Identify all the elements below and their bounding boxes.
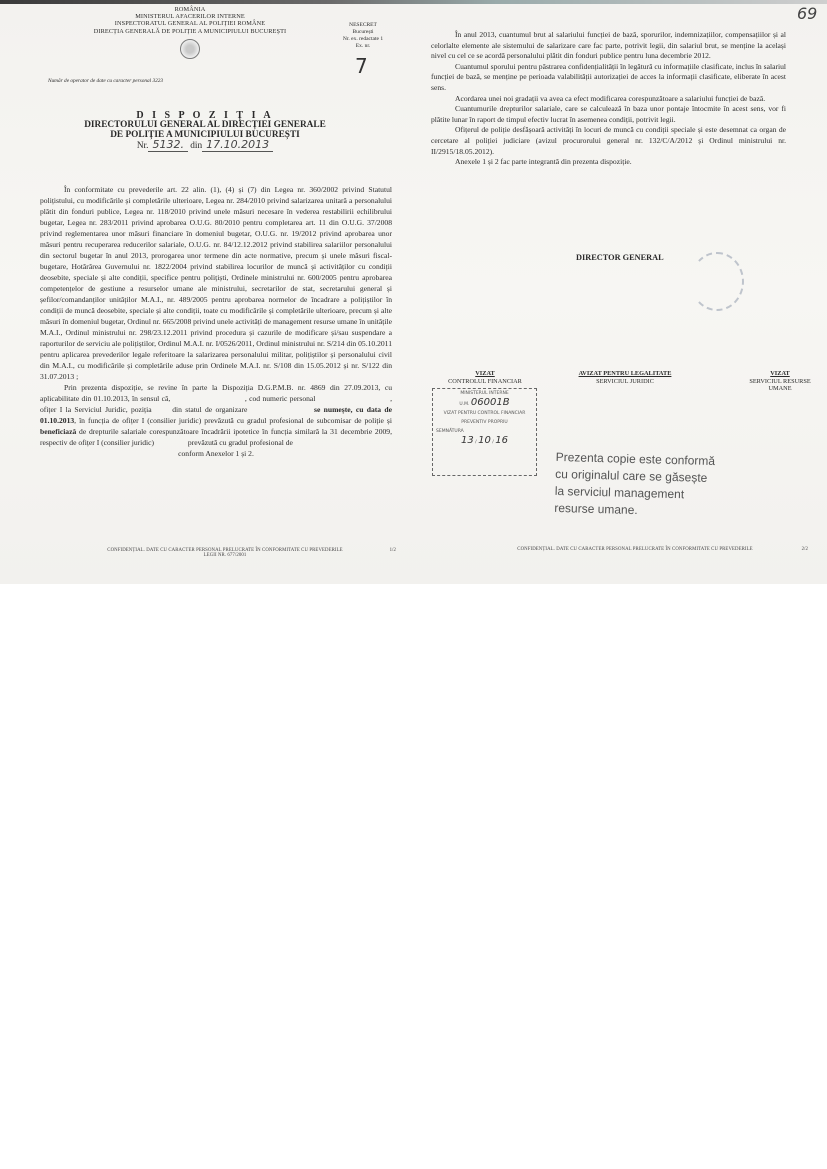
handwritten-page-number: 69 bbox=[797, 4, 817, 23]
document-number: 5132. bbox=[148, 138, 188, 152]
page-1-footer: CONFIDENȚIAL. DATE CU CARACTER PERSONAL … bbox=[60, 548, 390, 558]
document-date: 17.10.2013 bbox=[202, 138, 273, 152]
visa-title: AVIZAT PENTRU LEGALITATE bbox=[565, 370, 685, 378]
visa-department: UMANE bbox=[740, 385, 820, 393]
coat-of-arms-icon bbox=[180, 39, 200, 59]
paragraph: Anexele 1 și 2 fac parte integrantă din … bbox=[431, 157, 786, 168]
legal-visa: AVIZAT PENTRU LEGALITATE SERVICIUL JURID… bbox=[565, 370, 685, 385]
hr-visa: VIZAT SERVICIUL RESURSE UMANE bbox=[740, 370, 820, 393]
official-seal-icon bbox=[690, 252, 744, 311]
director-general-signature: DIRECTOR GENERAL bbox=[576, 253, 664, 262]
classification-block: NESECRET București Nr. ex. redactate 1 E… bbox=[318, 22, 408, 50]
copy-number-label: Ex. nr. bbox=[318, 43, 408, 50]
annex-reference: conform Anexelor 1 și 2. bbox=[40, 448, 392, 459]
text: prevăzută cu gradul profesional de bbox=[188, 438, 293, 447]
paragraph: Cuantumurile drepturilor salariale, care… bbox=[431, 104, 786, 125]
header-line: DIRECȚIA GENERALĂ DE POLIȚIE A MUNICIPIU… bbox=[40, 28, 340, 35]
stamp-unit-label: U.M. bbox=[459, 402, 469, 407]
header-line: INSPECTORATUL GENERAL AL POLIȚIEI ROMÂNE bbox=[40, 20, 340, 27]
visa-title: VIZAT bbox=[430, 370, 540, 378]
text: , cod numeric personal bbox=[245, 394, 315, 403]
visa-department: SERVICIUL JURIDIC bbox=[565, 378, 685, 386]
stamp-line: PREVENTIV PROPRIU bbox=[433, 418, 536, 427]
stamp-month: 10 bbox=[478, 435, 491, 446]
handwritten-copy-number: 7 bbox=[355, 54, 368, 78]
document-title: D I S P O Z I Ț I A DIRECTORULUI GENERAL… bbox=[0, 111, 410, 152]
city: București bbox=[318, 29, 408, 36]
paragraph: În anul 2013, cuantumul brut al salariul… bbox=[431, 30, 786, 62]
paragraph: Acordarea unei noi gradații va avea ca e… bbox=[431, 94, 786, 105]
nr-label: Nr. bbox=[137, 141, 149, 151]
financial-control-visa: VIZAT CONTROLUL FINANCIAR bbox=[430, 370, 540, 385]
law-reference: LEGII NR. 677/2001 bbox=[60, 553, 390, 558]
operator-number: Număr de operator de date cu caracter pe… bbox=[48, 78, 163, 84]
stamp-unit: U.M. 06001B bbox=[433, 398, 536, 409]
text: prevăzută cu gradul profesional de subco… bbox=[204, 416, 392, 425]
din-label: din bbox=[190, 141, 202, 151]
stamp-line: VIZAT PENTRU CONTROL FINANCIAR bbox=[433, 409, 536, 418]
conformity-stamp: Prezenta copie este conformă cu original… bbox=[554, 449, 715, 521]
visa-department: SERVICIUL RESURSE bbox=[740, 378, 820, 386]
page-2-body: În anul 2013, cuantumul brut al salariul… bbox=[431, 30, 786, 168]
confidentiality-notice: CONFIDENȚIAL. DATE CU CARACTER PERSONAL … bbox=[470, 547, 800, 552]
text: Prin prezenta dispoziție, se revine în p… bbox=[40, 383, 392, 403]
copies-count: Nr. ex. redactate 1 bbox=[318, 36, 408, 43]
main-body: În conformitate cu prevederile art. 22 a… bbox=[40, 184, 392, 459]
text: din statul de organizare bbox=[172, 405, 247, 414]
financial-control-stamp: MINISTERUL INTERNE U.M. 06001B VIZAT PEN… bbox=[432, 388, 537, 476]
stamp-day: 13 bbox=[461, 435, 474, 446]
page-label: 1/2 bbox=[390, 548, 396, 553]
page-1: ROMÂNIA MINISTERUL AFACERILOR INTERNE IN… bbox=[0, 4, 410, 584]
visa-title: VIZAT bbox=[740, 370, 820, 378]
decision-paragraph: Prin prezenta dispoziție, se revine în p… bbox=[40, 382, 392, 448]
paragraph: Cuantumul sporului pentru păstrarea conf… bbox=[431, 62, 786, 94]
classification-level: NESECRET bbox=[318, 22, 408, 29]
visa-department: CONTROLUL FINANCIAR bbox=[430, 378, 540, 386]
stamp-date: 13 / 10 / 16 bbox=[433, 436, 536, 447]
paragraph: Ofițerul de poliție desfășoară activităț… bbox=[431, 125, 786, 157]
page-2-footer: CONFIDENȚIAL. DATE CU CARACTER PERSONAL … bbox=[470, 547, 800, 552]
page-label: 2/2 bbox=[802, 547, 808, 552]
text-bold: beneficiază bbox=[40, 427, 76, 436]
legal-basis-paragraph: În conformitate cu prevederile art. 22 a… bbox=[40, 184, 392, 382]
document-number-line: Nr.5132. din17.10.2013 bbox=[0, 140, 410, 152]
header-line: ROMÂNIA bbox=[40, 6, 340, 13]
stamp-unit-value: 06001B bbox=[471, 397, 510, 408]
stamp-year: 16 bbox=[495, 435, 508, 446]
institution-header: ROMÂNIA MINISTERUL AFACERILOR INTERNE IN… bbox=[40, 6, 340, 61]
text: , în funcția de ofițer I (consilier juri… bbox=[74, 416, 201, 425]
